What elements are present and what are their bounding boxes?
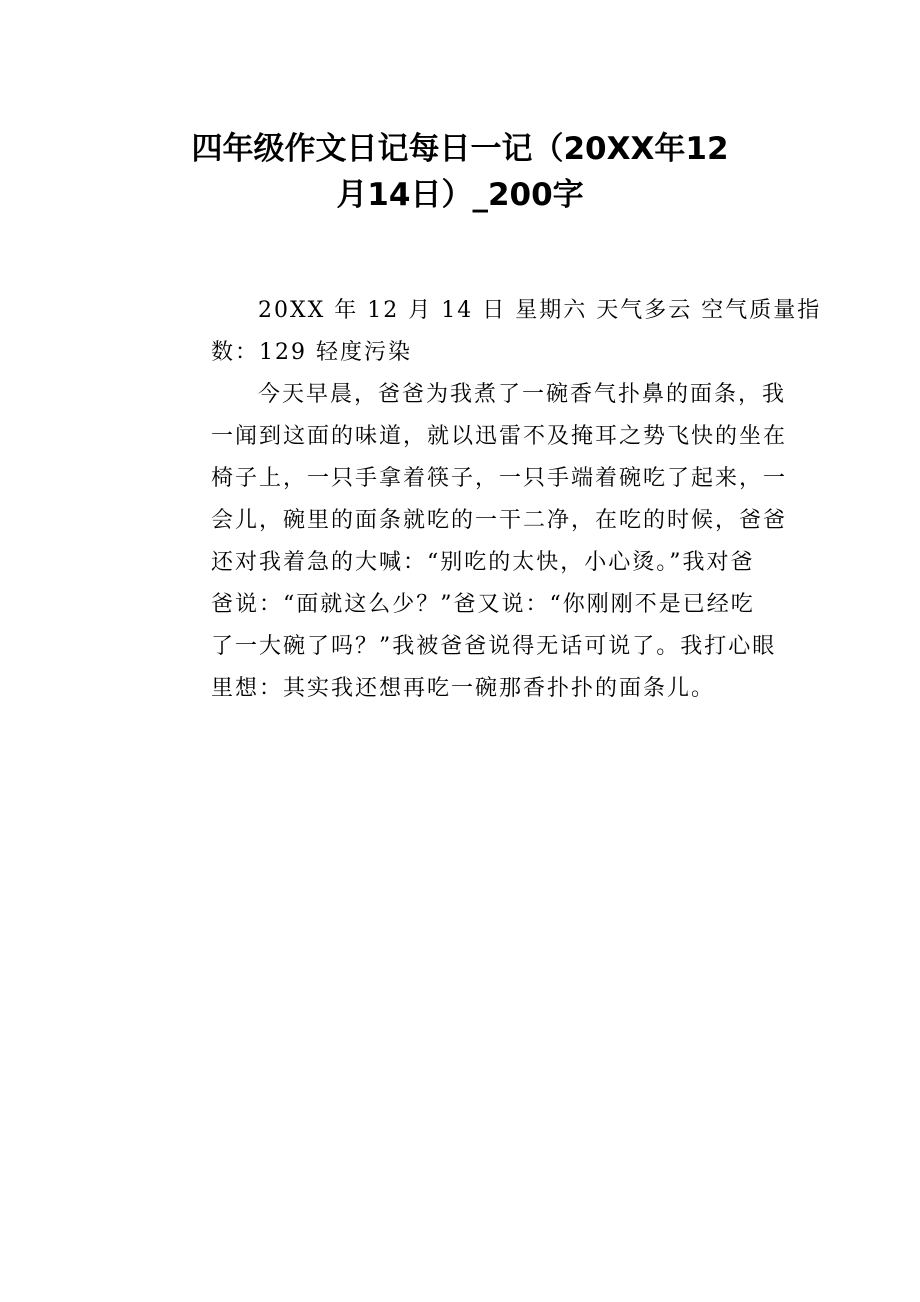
title-line-2: 月14日）_200字: [120, 172, 800, 218]
document-body: 20XX 年 12 月 14 日 星期六 天气多云 空气质量指 数：129 轻度…: [164, 290, 764, 710]
text-line: 一闻到这面的味道，就以迅雷不及掩耳之势飞快的坐在: [164, 416, 764, 458]
document-title: 四年级作文日记每日一记（20XX年12 月14日）_200字: [120, 126, 800, 218]
text-line: 里想：其实我还想再吃一碗那香扑扑的面条儿。: [164, 668, 764, 710]
text-line: 还对我着急的大喊：“别吃的太快，小心烫。”我对爸: [164, 542, 764, 584]
text-line: 了一大碗了吗？”我被爸爸说得无话可说了。我打心眼: [164, 626, 764, 668]
text-line: 今天早晨，爸爸为我煮了一碗香气扑鼻的面条，我: [164, 374, 764, 416]
text-line: 数：129 轻度污染: [164, 332, 764, 374]
diary-body-paragraph: 今天早晨，爸爸为我煮了一碗香气扑鼻的面条，我 一闻到这面的味道，就以迅雷不及掩耳…: [164, 374, 764, 710]
title-line-1: 四年级作文日记每日一记（20XX年12: [120, 126, 800, 172]
text-line: 爸说：“面就这么少？”爸又说：“你刚刚不是已经吃: [164, 584, 764, 626]
text-line: 20XX 年 12 月 14 日 星期六 天气多云 空气质量指: [164, 290, 764, 332]
diary-header-paragraph: 20XX 年 12 月 14 日 星期六 天气多云 空气质量指 数：129 轻度…: [164, 290, 764, 374]
text-line: 椅子上，一只手拿着筷子，一只手端着碗吃了起来，一: [164, 458, 764, 500]
text-line: 会儿，碗里的面条就吃的一干二净，在吃的时候，爸爸: [164, 500, 764, 542]
